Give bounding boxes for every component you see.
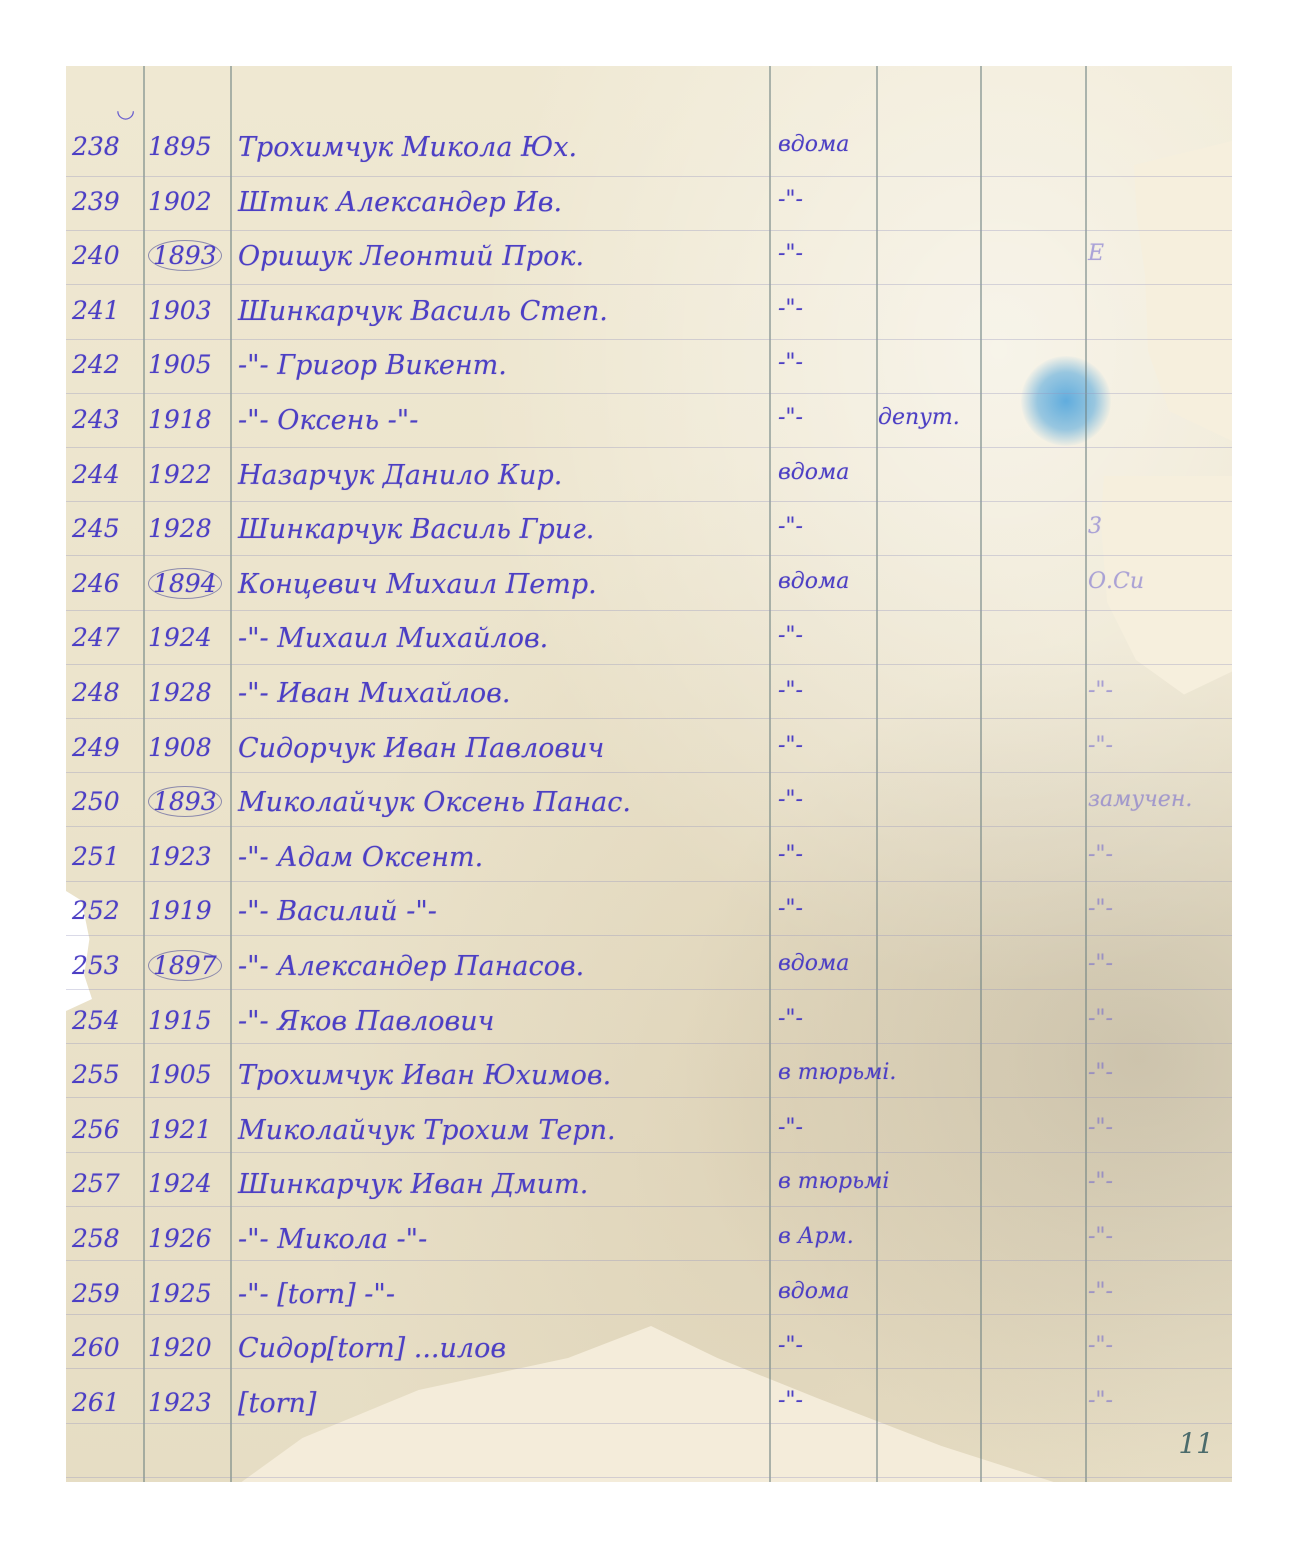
table-row: 2391902Штик Александер Ив.-"- bbox=[66, 183, 1232, 229]
whereabouts: -"- bbox=[778, 842, 882, 867]
entry-number: 254 bbox=[72, 1006, 148, 1035]
register-page: ◡ 2381895Трохимчук Микола Юх.вдома239190… bbox=[66, 66, 1232, 1482]
person-name: Штик Александер Ив. bbox=[238, 187, 778, 218]
whereabouts: -"- bbox=[778, 1006, 882, 1031]
birth-year: 1893 bbox=[148, 787, 234, 816]
person-name: -"- Александер Панасов. bbox=[238, 951, 778, 982]
entry-number: 252 bbox=[72, 896, 148, 925]
whereabouts: -"- bbox=[778, 350, 882, 375]
person-name: -"- Оксень -"- bbox=[238, 405, 778, 436]
entry-number: 239 bbox=[72, 187, 148, 216]
birth-year: 1908 bbox=[148, 733, 234, 762]
person-name: Трохимчук Иван Юхимов. bbox=[238, 1060, 778, 1091]
birth-year: 1919 bbox=[148, 896, 234, 925]
entry-number: 245 bbox=[72, 514, 148, 543]
remark: -"- bbox=[1088, 733, 1228, 758]
person-name: Оришук Леонтий Прок. bbox=[238, 241, 778, 272]
whereabouts: -"- bbox=[778, 405, 882, 430]
table-row: 2561921Миколайчук Трохим Терп.-"--"- bbox=[66, 1111, 1232, 1157]
birth-year: 1895 bbox=[148, 132, 234, 161]
entry-number: 249 bbox=[72, 733, 148, 762]
person-name: -"- Микола -"- bbox=[238, 1224, 778, 1255]
entry-number: 240 bbox=[72, 241, 148, 270]
birth-year: 1928 bbox=[148, 514, 234, 543]
entry-number: 259 bbox=[72, 1279, 148, 1308]
person-name: Сидорчук Иван Павлович bbox=[238, 733, 778, 764]
circled-year: 1893 bbox=[148, 786, 222, 817]
entry-number: 247 bbox=[72, 623, 148, 652]
table-row: 2431918-"- Оксень -"--"-депут. bbox=[66, 401, 1232, 447]
birth-year: 1905 bbox=[148, 1060, 234, 1089]
person-name: -"- Григор Викент. bbox=[238, 350, 778, 381]
whereabouts: в Арм. bbox=[778, 1224, 882, 1249]
person-name: Сидор[torn] ...илов bbox=[238, 1333, 778, 1364]
whereabouts: -"- bbox=[778, 678, 882, 703]
remark: -"- bbox=[1088, 842, 1228, 867]
circled-year: 1894 bbox=[148, 568, 222, 599]
table-row: 2421905-"- Григор Викент.-"- bbox=[66, 346, 1232, 392]
entry-number: 255 bbox=[72, 1060, 148, 1089]
table-row: 2571924Шинкарчук Иван Дмит.в тюрьмi-"- bbox=[66, 1165, 1232, 1211]
entry-number: 242 bbox=[72, 350, 148, 379]
whereabouts: -"- bbox=[778, 296, 882, 321]
whereabouts: -"- bbox=[778, 1115, 882, 1140]
remark: -"- bbox=[1088, 1388, 1228, 1413]
remark: -"- bbox=[1088, 1006, 1228, 1031]
person-name: Назарчук Данило Кир. bbox=[238, 460, 778, 491]
birth-year: 1928 bbox=[148, 678, 234, 707]
table-row: 2511923-"- Адам Оксент.-"--"- bbox=[66, 838, 1232, 884]
whereabouts: -"- bbox=[778, 787, 882, 812]
whereabouts: в тюрьмi bbox=[778, 1169, 882, 1194]
entry-number: 244 bbox=[72, 460, 148, 489]
birth-year: 1897 bbox=[148, 951, 234, 980]
person-name: [torn] bbox=[238, 1388, 778, 1419]
whereabouts: вдома bbox=[778, 951, 882, 976]
person-name: -"- Михаил Михайлов. bbox=[238, 623, 778, 654]
table-row: 2541915-"- Якoв Павлович-"--"- bbox=[66, 1002, 1232, 1048]
table-row: 2501893Миколайчук Оксень Панас.-"-замуче… bbox=[66, 783, 1232, 829]
table-row: 2381895Трохимчук Микола Юх.вдома bbox=[66, 128, 1232, 174]
remark: -"- bbox=[1088, 896, 1228, 921]
whereabouts: вдома bbox=[778, 1279, 882, 1304]
person-name: Шинкарчук Василь Степ. bbox=[238, 296, 778, 327]
birth-year: 1925 bbox=[148, 1279, 234, 1308]
table-row: 2591925-"- [torn] -"-вдома-"- bbox=[66, 1275, 1232, 1321]
top-mark: ◡ bbox=[116, 98, 135, 123]
birth-year: 1903 bbox=[148, 296, 234, 325]
birth-year: 1893 bbox=[148, 241, 234, 270]
ruled-line bbox=[66, 447, 1232, 448]
ruled-line bbox=[66, 339, 1232, 340]
remark: замучен. bbox=[1088, 787, 1228, 812]
birth-year: 1923 bbox=[148, 842, 234, 871]
entry-number: 250 bbox=[72, 787, 148, 816]
entry-number: 256 bbox=[72, 1115, 148, 1144]
ruled-line bbox=[66, 1477, 1232, 1478]
birth-year: 1915 bbox=[148, 1006, 234, 1035]
entry-number: 248 bbox=[72, 678, 148, 707]
ruled-line bbox=[66, 176, 1232, 177]
person-name: Шинкарчук Иван Дмит. bbox=[238, 1169, 778, 1200]
note: депут. bbox=[878, 405, 982, 430]
person-name: Миколайчук Трохим Терп. bbox=[238, 1115, 778, 1146]
remark: -"- bbox=[1088, 951, 1228, 976]
entry-number: 238 bbox=[72, 132, 148, 161]
table-row: 2461894Концевич Михаил Петр.вдомаО.Си bbox=[66, 565, 1232, 611]
entry-number: 241 bbox=[72, 296, 148, 325]
table-row: 2471924-"- Михаил Михайлов.-"- bbox=[66, 619, 1232, 665]
ruled-line bbox=[66, 284, 1232, 285]
remark: -"- bbox=[1088, 1333, 1228, 1358]
person-name: -"- Адам Оксент. bbox=[238, 842, 778, 873]
entry-number: 261 bbox=[72, 1388, 148, 1417]
birth-year: 1921 bbox=[148, 1115, 234, 1144]
ruled-line bbox=[66, 230, 1232, 231]
table-row: 2411903Шинкарчук Василь Степ.-"- bbox=[66, 292, 1232, 338]
whereabouts: вдома bbox=[778, 460, 882, 485]
birth-year: 1923 bbox=[148, 1388, 234, 1417]
entry-number: 258 bbox=[72, 1224, 148, 1253]
remark: -"- bbox=[1088, 1224, 1228, 1249]
table-row: 2481928-"- Иван Михайлов.-"--"- bbox=[66, 674, 1232, 720]
page-number: 11 bbox=[1178, 1427, 1214, 1460]
table-row: 2491908Сидорчук Иван Павлович-"--"- bbox=[66, 729, 1232, 775]
entry-number: 246 bbox=[72, 569, 148, 598]
table-row: 2531897-"- Александер Панасов.вдома-"- bbox=[66, 947, 1232, 993]
person-name: Трохимчук Микола Юх. bbox=[238, 132, 778, 163]
table-row: 2611923[torn]-"--"- bbox=[66, 1384, 1232, 1430]
circled-year: 1897 bbox=[148, 950, 222, 981]
whereabouts: -"- bbox=[778, 1388, 882, 1413]
entry-number: 243 bbox=[72, 405, 148, 434]
whereabouts: -"- bbox=[778, 514, 882, 539]
remark: О.Си bbox=[1088, 569, 1228, 594]
remark: -"- bbox=[1088, 1115, 1228, 1140]
entry-number: 257 bbox=[72, 1169, 148, 1198]
remark: -"- bbox=[1088, 1060, 1228, 1085]
circled-year: 1893 bbox=[148, 240, 222, 271]
birth-year: 1924 bbox=[148, 1169, 234, 1198]
ruled-line bbox=[66, 393, 1232, 394]
person-name: -"- Василий -"- bbox=[238, 896, 778, 927]
person-name: Шинкарчук Василь Григ. bbox=[238, 514, 778, 545]
whereabouts: -"- bbox=[778, 733, 882, 758]
birth-year: 1905 bbox=[148, 350, 234, 379]
table-row: 2451928Шинкарчук Василь Григ.-"-3 bbox=[66, 510, 1232, 556]
whereabouts: -"- bbox=[778, 896, 882, 921]
birth-year: 1924 bbox=[148, 623, 234, 652]
table-row: 2401893Оришук Леонтий Прок.-"-Е bbox=[66, 237, 1232, 283]
person-name: Концевич Михаил Петр. bbox=[238, 569, 778, 600]
table-row: 2601920Сидор[torn] ...илов-"--"- bbox=[66, 1329, 1232, 1375]
birth-year: 1902 bbox=[148, 187, 234, 216]
whereabouts: -"- bbox=[778, 187, 882, 212]
entry-number: 260 bbox=[72, 1333, 148, 1362]
birth-year: 1918 bbox=[148, 405, 234, 434]
table-row: 2581926-"- Микола -"-в Арм.-"- bbox=[66, 1220, 1232, 1266]
entry-number: 251 bbox=[72, 842, 148, 871]
remark: -"- bbox=[1088, 678, 1228, 703]
person-name: -"- Якoв Павлович bbox=[238, 1006, 778, 1037]
remark: 3 bbox=[1088, 514, 1228, 539]
table-row: 2441922Назарчук Данило Кир.вдома bbox=[66, 456, 1232, 502]
table-row: 2521919-"- Василий -"--"--"- bbox=[66, 892, 1232, 938]
whereabouts: -"- bbox=[778, 241, 882, 266]
whereabouts: в тюрьмi. bbox=[778, 1060, 882, 1085]
whereabouts: вдома bbox=[778, 569, 882, 594]
entry-number: 253 bbox=[72, 951, 148, 980]
birth-year: 1920 bbox=[148, 1333, 234, 1362]
person-name: -"- [torn] -"- bbox=[238, 1279, 778, 1310]
person-name: Миколайчук Оксень Панас. bbox=[238, 787, 778, 818]
birth-year: 1922 bbox=[148, 460, 234, 489]
birth-year: 1894 bbox=[148, 569, 234, 598]
remark: -"- bbox=[1088, 1169, 1228, 1194]
person-name: -"- Иван Михайлов. bbox=[238, 678, 778, 709]
whereabouts: -"- bbox=[778, 1333, 882, 1358]
table-row: 2551905Трохимчук Иван Юхимов.в тюрьмi.-"… bbox=[66, 1056, 1232, 1102]
remark: -"- bbox=[1088, 1279, 1228, 1304]
whereabouts: вдома bbox=[778, 132, 882, 157]
birth-year: 1926 bbox=[148, 1224, 234, 1253]
remark: Е bbox=[1088, 241, 1228, 266]
whereabouts: -"- bbox=[778, 623, 882, 648]
